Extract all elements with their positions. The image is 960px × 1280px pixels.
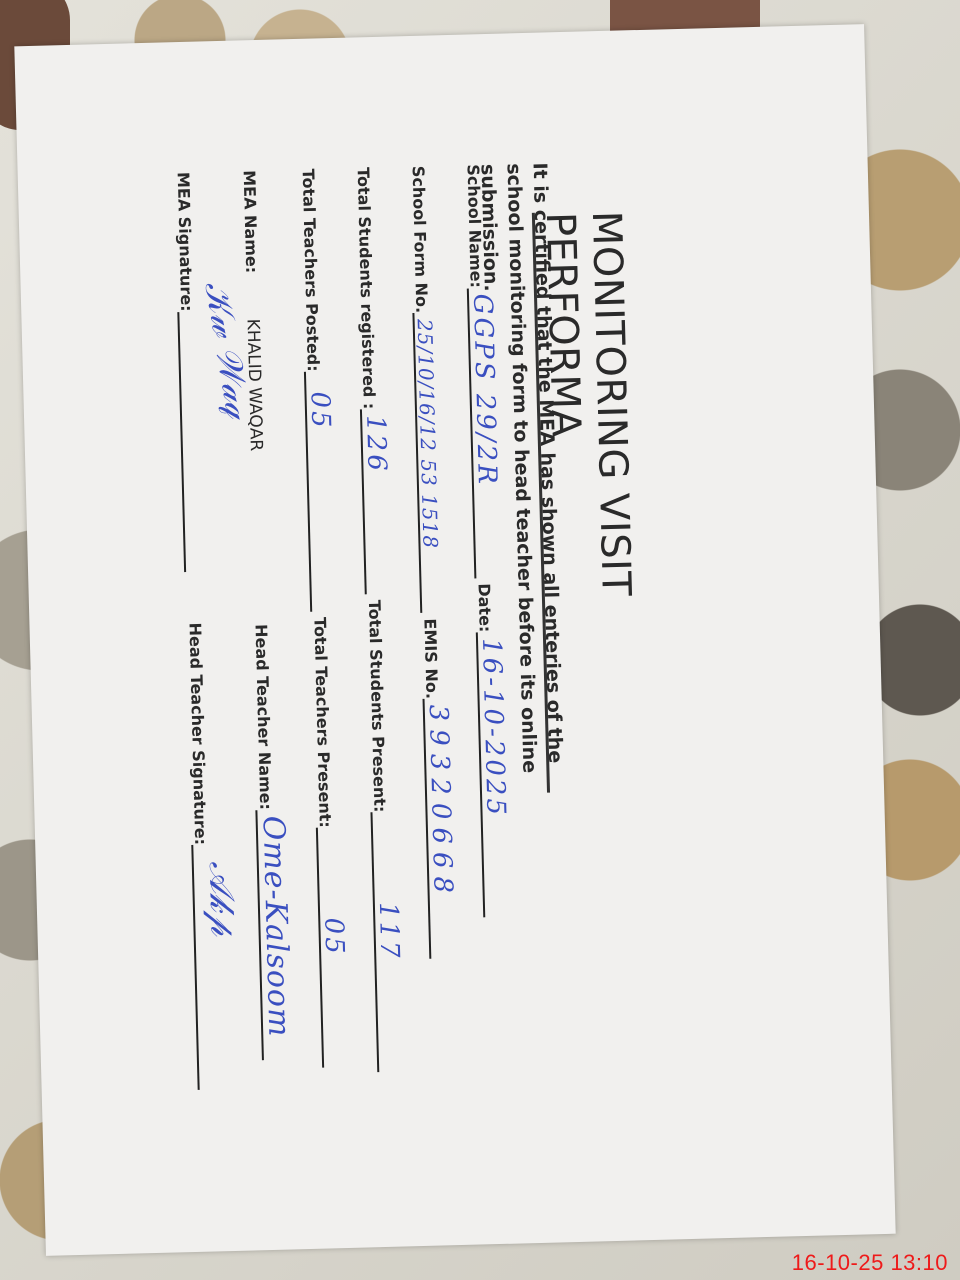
row-form-no-emis: School Form No.25/10/16/12 53 1518 EMIS … <box>409 165 454 959</box>
school-name-label: School Name: <box>464 164 486 288</box>
emis-no-label: EMIS No. <box>420 618 441 699</box>
mea-name-value: KHALID WAQAR <box>241 278 270 618</box>
head-teacher-signature-mark: 𝒜𝓀𝓅 <box>201 861 243 937</box>
students-registered-label: Total Students registered : <box>354 167 379 410</box>
school-form-no-value: 25/10/16/12 53 1518 <box>413 319 443 550</box>
row-students: Total Students registered :126 Total Stu… <box>354 167 402 1073</box>
emis-no-value: 39320668 <box>423 704 458 901</box>
mea-signature-label: MEA Signature: <box>174 172 197 312</box>
teachers-posted-field[interactable]: 05 <box>304 371 334 612</box>
students-registered-field[interactable]: 126 <box>360 409 389 595</box>
teachers-present-field[interactable]: 05 <box>316 827 346 1068</box>
form-content: MONITORING VISIT PERFORMA It is certifie… <box>98 160 664 1174</box>
school-name-field[interactable]: GGPS 29/2R <box>467 287 499 578</box>
school-form-no-label: School Form No. <box>409 166 432 314</box>
head-teacher-signature-label: Head Teacher Signature: <box>185 622 210 845</box>
students-registered-value: 126 <box>360 415 392 474</box>
date-value: 16-10-2025 <box>476 638 511 819</box>
head-teacher-name-field[interactable]: Ome-Kalsoom <box>255 810 286 1061</box>
photo-timestamp: 16-10-25 13:10 <box>792 1250 948 1276</box>
head-teacher-name-label: Head Teacher Name: <box>252 624 276 810</box>
school-form-no-field[interactable]: 25/10/16/12 53 1518 <box>412 313 444 614</box>
head-teacher-name-value: Ome-Kalsoom <box>256 815 297 1038</box>
school-name-value: GGPS 29/2R <box>467 293 502 487</box>
date-field[interactable]: 16-10-2025 <box>476 632 507 918</box>
teachers-present-label: Total Teachers Present: <box>310 617 335 828</box>
teachers-posted-value: 05 <box>304 391 335 431</box>
form-paper: MONITORING VISIT PERFORMA It is certifie… <box>14 24 895 1256</box>
date-label: Date: <box>475 583 495 632</box>
teachers-posted-label: Total Teachers Posted: <box>299 168 323 371</box>
row-names: MEA Name: KHALID WAQAR Head Teacher Name… <box>239 170 286 1060</box>
teachers-present-value: 05 <box>318 917 349 957</box>
students-present-value: 117 <box>373 902 405 961</box>
students-present-label: Total Students Present: <box>365 600 390 813</box>
row-teachers: Total Teachers Posted:05 Total Teachers … <box>299 168 347 1068</box>
mea-signature-field[interactable] <box>177 311 208 572</box>
emis-no-field[interactable]: 39320668 <box>423 698 454 959</box>
students-present-field[interactable]: 117 <box>370 812 401 1073</box>
mea-name-label: MEA Name: <box>240 170 262 273</box>
